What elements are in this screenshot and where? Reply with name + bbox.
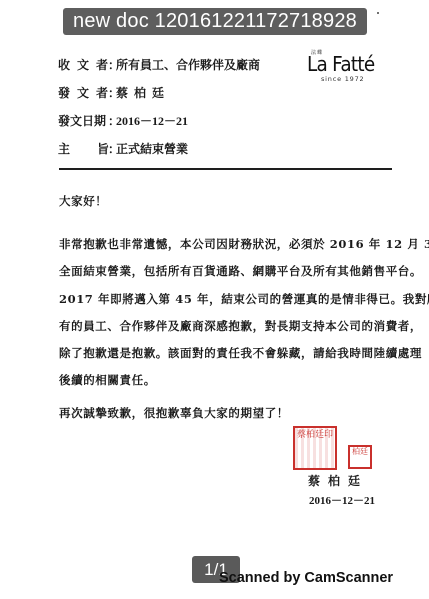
logo-since: since 1972 <box>321 75 365 83</box>
field-sender: 發文者：蔡柏廷 <box>58 83 260 111</box>
paragraph-1: 非常抱歉也非常遺憾，本公司因財務狀況，必須於 2016 年 12 月 31 日 … <box>59 231 429 285</box>
field-label-sender: 發文者 <box>58 83 108 103</box>
paragraph-1-line: 非常抱歉也非常遺憾，本公司因財務狀況，必須於 2016 年 12 月 31 日 <box>59 231 429 258</box>
paragraph-2: 2017 年即將邁入第 45 年，結束公司的營運真的是情非得已。我對所 有的員工… <box>59 286 429 394</box>
field-colon: ： <box>108 83 116 103</box>
scan-speck <box>377 12 379 14</box>
field-colon: ： <box>108 139 116 159</box>
paragraph-1-line: 全面結束營業，包括所有百貨通路、網購平台及所有其他銷售平台。 <box>59 258 429 285</box>
memo-header-fields: 收文者：所有員工、合作夥伴及廠商 發文者：蔡柏廷 發文日期：2016－12－21… <box>58 55 260 167</box>
field-value-recipient: 所有員工、合作夥伴及廠商 <box>116 58 260 72</box>
signatory-name: 蔡柏廷 <box>308 472 368 489</box>
field-label-date: 發文日期 <box>58 111 108 131</box>
field-recipient: 收文者：所有員工、合作夥伴及廠商 <box>58 55 260 83</box>
paragraph-2-line: 後續的相關責任。 <box>59 367 429 394</box>
greeting: 大家好！ <box>59 188 107 215</box>
field-subject: 主旨：正式結束營業 <box>58 139 260 167</box>
document-title-badge: new doc 120161221172718928 <box>63 8 367 35</box>
signature-date: 2016－12－21 <box>309 492 375 508</box>
field-value-date: 2016－12－21 <box>116 114 188 128</box>
field-colon: ： <box>108 55 116 75</box>
header-divider <box>59 168 392 170</box>
closing-line: 再次誠摯致歉，很抱歉辜負大家的期望了！ <box>59 400 289 427</box>
camscanner-watermark: Scanned by CamScanner <box>219 570 393 586</box>
paragraph-2-line: 有的員工、合作夥伴及廠商深感抱歉，對長期支持本公司的消費者， <box>59 313 429 340</box>
seal-stamp-large: 蔡柏廷印 <box>293 426 337 470</box>
seal-stamp-small: 柏廷 <box>348 445 372 469</box>
field-colon: ： <box>108 111 116 131</box>
field-label-subject: 主旨 <box>58 139 108 159</box>
field-value-subject: 正式結束營業 <box>116 142 188 156</box>
paragraph-2-line: 除了抱歉還是抱歉。該面對的責任我不會躲藏，請給我時間陸續處理 <box>59 340 429 367</box>
field-value-sender: 蔡柏廷 <box>116 86 170 100</box>
paragraph-2-line: 2017 年即將邁入第 45 年，結束公司的營運真的是情非得已。我對所 <box>59 286 429 313</box>
field-date: 發文日期：2016－12－21 <box>58 111 260 139</box>
company-logo: 法蝶 La Fatté since 1972 <box>307 47 387 82</box>
logo-brand-name: La Fatté <box>307 52 374 76</box>
field-label-recipient: 收文者 <box>58 55 108 75</box>
